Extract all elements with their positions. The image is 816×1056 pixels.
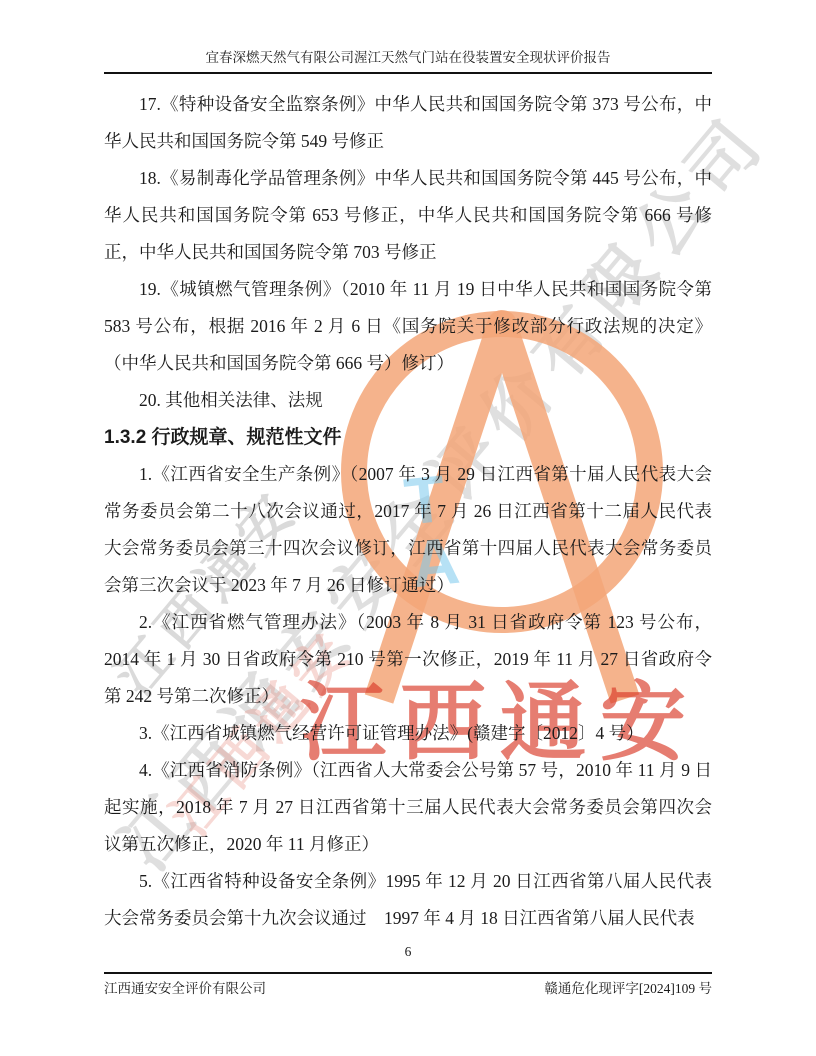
paragraph-item-20: 20. 其他相关法律、法规 xyxy=(104,382,712,419)
footer-doc-number: 赣通危化现评字[2024]109 号 xyxy=(544,977,712,997)
document-page: 江西通安安全评价有限公司 江西通安 江西通安 TA 江西通安 宜春深燃天然气有限… xyxy=(0,0,816,1056)
footer-divider xyxy=(104,972,712,974)
footer-company-name: 江西通安安全评价有限公司 xyxy=(104,977,266,997)
document-body: 17.《特种设备安全监察条例》中华人民共和国国务院令第 373 号公布，中华人民… xyxy=(104,86,712,937)
page-number: 6 xyxy=(0,944,816,960)
section-heading-1-3-2: 1.3.2 行政规章、规范性文件 xyxy=(104,419,712,456)
paragraph-item-3: 3.《江西省城镇燃气经营许可证管理办法》(赣建字〔2012〕4 号） xyxy=(104,715,712,752)
header-title: 宜春深燃天然气有限公司渥江天然气门站在役装置安全现状评价报告 xyxy=(206,50,611,65)
paragraph-item-17: 17.《特种设备安全监察条例》中华人民共和国国务院令第 373 号公布，中华人民… xyxy=(104,86,712,160)
paragraph-item-5: 5.《江西省特种设备安全条例》1995 年 12 月 20 日江西省第八届人民代… xyxy=(104,863,712,937)
paragraph-item-4: 4.《江西省消防条例》（江西省人大常委会公号第 57 号，2010 年 11 月… xyxy=(104,752,712,863)
paragraph-item-18: 18.《易制毒化学品管理条例》中华人民共和国国务院令第 445 号公布，中华人民… xyxy=(104,160,712,271)
page-header: 宜春深燃天然气有限公司渥江天然气门站在役装置安全现状评价报告 xyxy=(104,46,712,74)
paragraph-item-2: 2.《江西省燃气管理办法》（2003 年 8 月 31 日省政府令第 123 号… xyxy=(104,604,712,715)
paragraph-item-19: 19.《城镇燃气管理条例》（2010 年 11 月 19 日中华人民共和国国务院… xyxy=(104,271,712,382)
paragraph-item-1: 1.《江西省安全生产条例》（2007 年 3 月 29 日江西省第十届人民代表大… xyxy=(104,456,712,604)
